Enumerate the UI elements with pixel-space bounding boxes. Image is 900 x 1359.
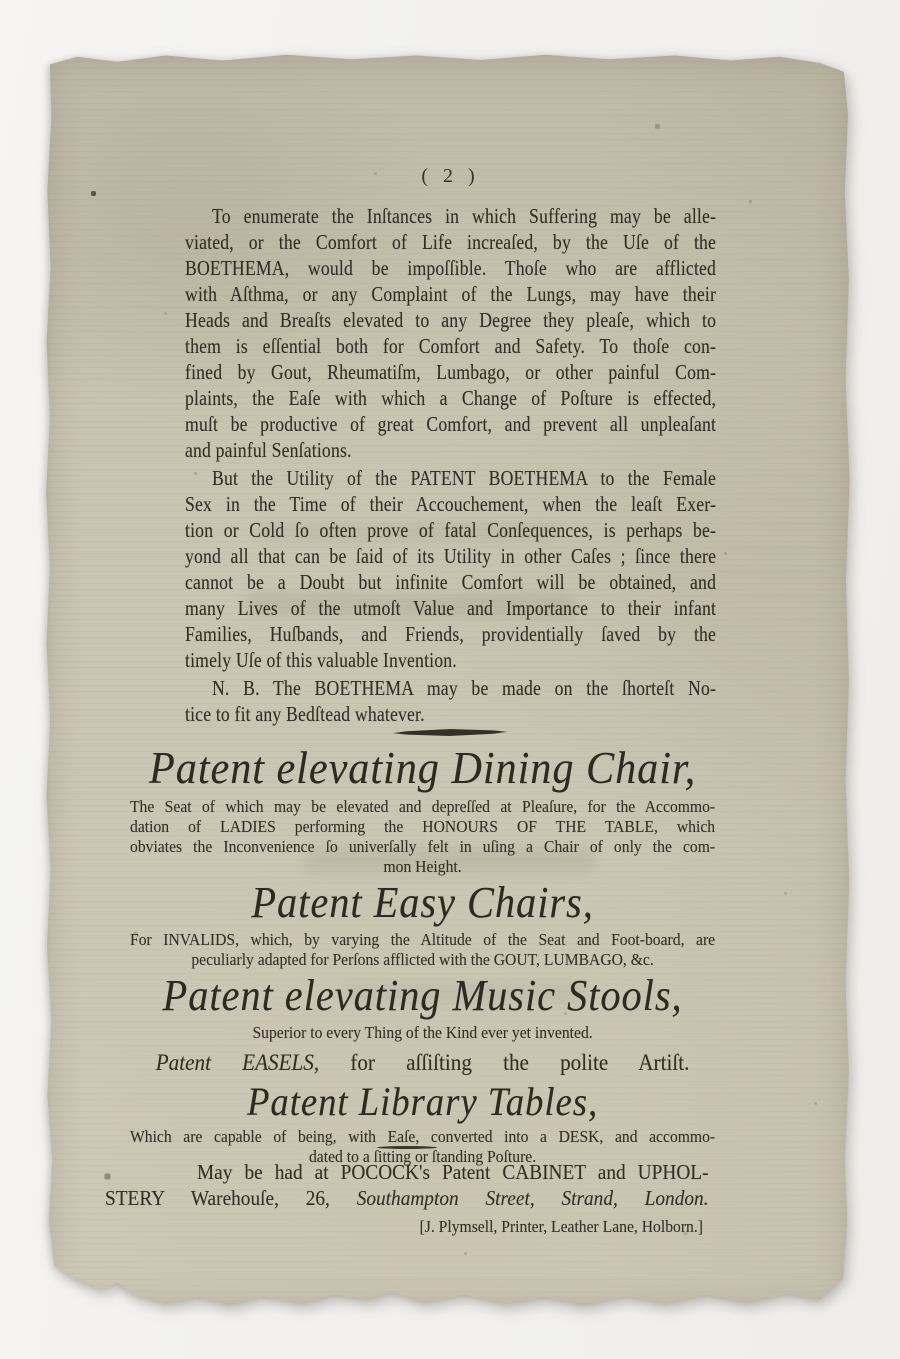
ad-body-easy-chairs: For INVALIDS, which, by varying the Alti… xyxy=(130,930,715,970)
ad-heading-dining-chair: Patent elevating Dining Chair, xyxy=(130,743,715,794)
swelled-rule-ornament xyxy=(393,728,507,736)
body-text-block: To enumerate the Inſtances in which Suff… xyxy=(185,203,716,727)
ad-heading-music-stools: Patent elevating Music Stools, xyxy=(130,972,715,1020)
ad-heading-easy-chairs: Patent Easy Chairs, xyxy=(130,879,715,927)
ad-body-music-stools: Superior to every Thing of the Kind ever… xyxy=(130,1023,715,1043)
paper-surface: ( 2 ) To enumerate the Inſtances in whic… xyxy=(45,53,852,1310)
nota-bene-paragraph: N. B. The BOETHEMA may be made on the ſh… xyxy=(185,675,716,727)
page-number: ( 2 ) xyxy=(185,165,716,188)
address-italic-text: Southampton Street, Strand, London. xyxy=(357,1186,709,1210)
availability-line-1: May be had at POCOCK's Patent CABINET an… xyxy=(105,1159,709,1185)
ad-line-easels: Patent EASELS, for aſſiſting the polite … xyxy=(130,1049,715,1078)
easels-roman-rest: for aſſiſting the polite Artiſt. xyxy=(350,1050,689,1075)
ad-heading-library-tables: Patent Library Tables, xyxy=(130,1080,715,1124)
easels-italic-lead: Patent EASELS, xyxy=(156,1050,319,1075)
scanned-document: ( 2 ) To enumerate the Inſtances in whic… xyxy=(0,0,900,1359)
printed-content: ( 2 ) To enumerate the Inſtances in whic… xyxy=(45,53,852,1310)
paper-sheet: ( 2 ) To enumerate the Inſtances in whic… xyxy=(45,53,852,1310)
torn-edge-notch xyxy=(54,1275,72,1291)
printer-imprint: [J. Plymsell, Printer, Leather Lane, Hol… xyxy=(105,1216,709,1238)
availability-line-2: STERY Warehouſe, 26, Southampton Street,… xyxy=(105,1185,709,1211)
availability-footer: May be had at POCOCK's Patent CABINET an… xyxy=(105,1159,709,1238)
advertisements-section: Patent elevating Dining Chair, The Seat … xyxy=(130,743,715,1167)
ad-body-dining-chair: The Seat of which may be elevated and de… xyxy=(130,797,715,877)
body-paragraph-1: To enumerate the Inſtances in which Suff… xyxy=(185,203,716,463)
warehouse-roman-text: STERY Warehouſe, 26, xyxy=(105,1186,330,1210)
body-paragraph-2: But the Utility of the PATENT BOETHEMA t… xyxy=(185,465,716,673)
paper-speckles xyxy=(45,53,46,54)
section-rule xyxy=(377,1146,437,1149)
